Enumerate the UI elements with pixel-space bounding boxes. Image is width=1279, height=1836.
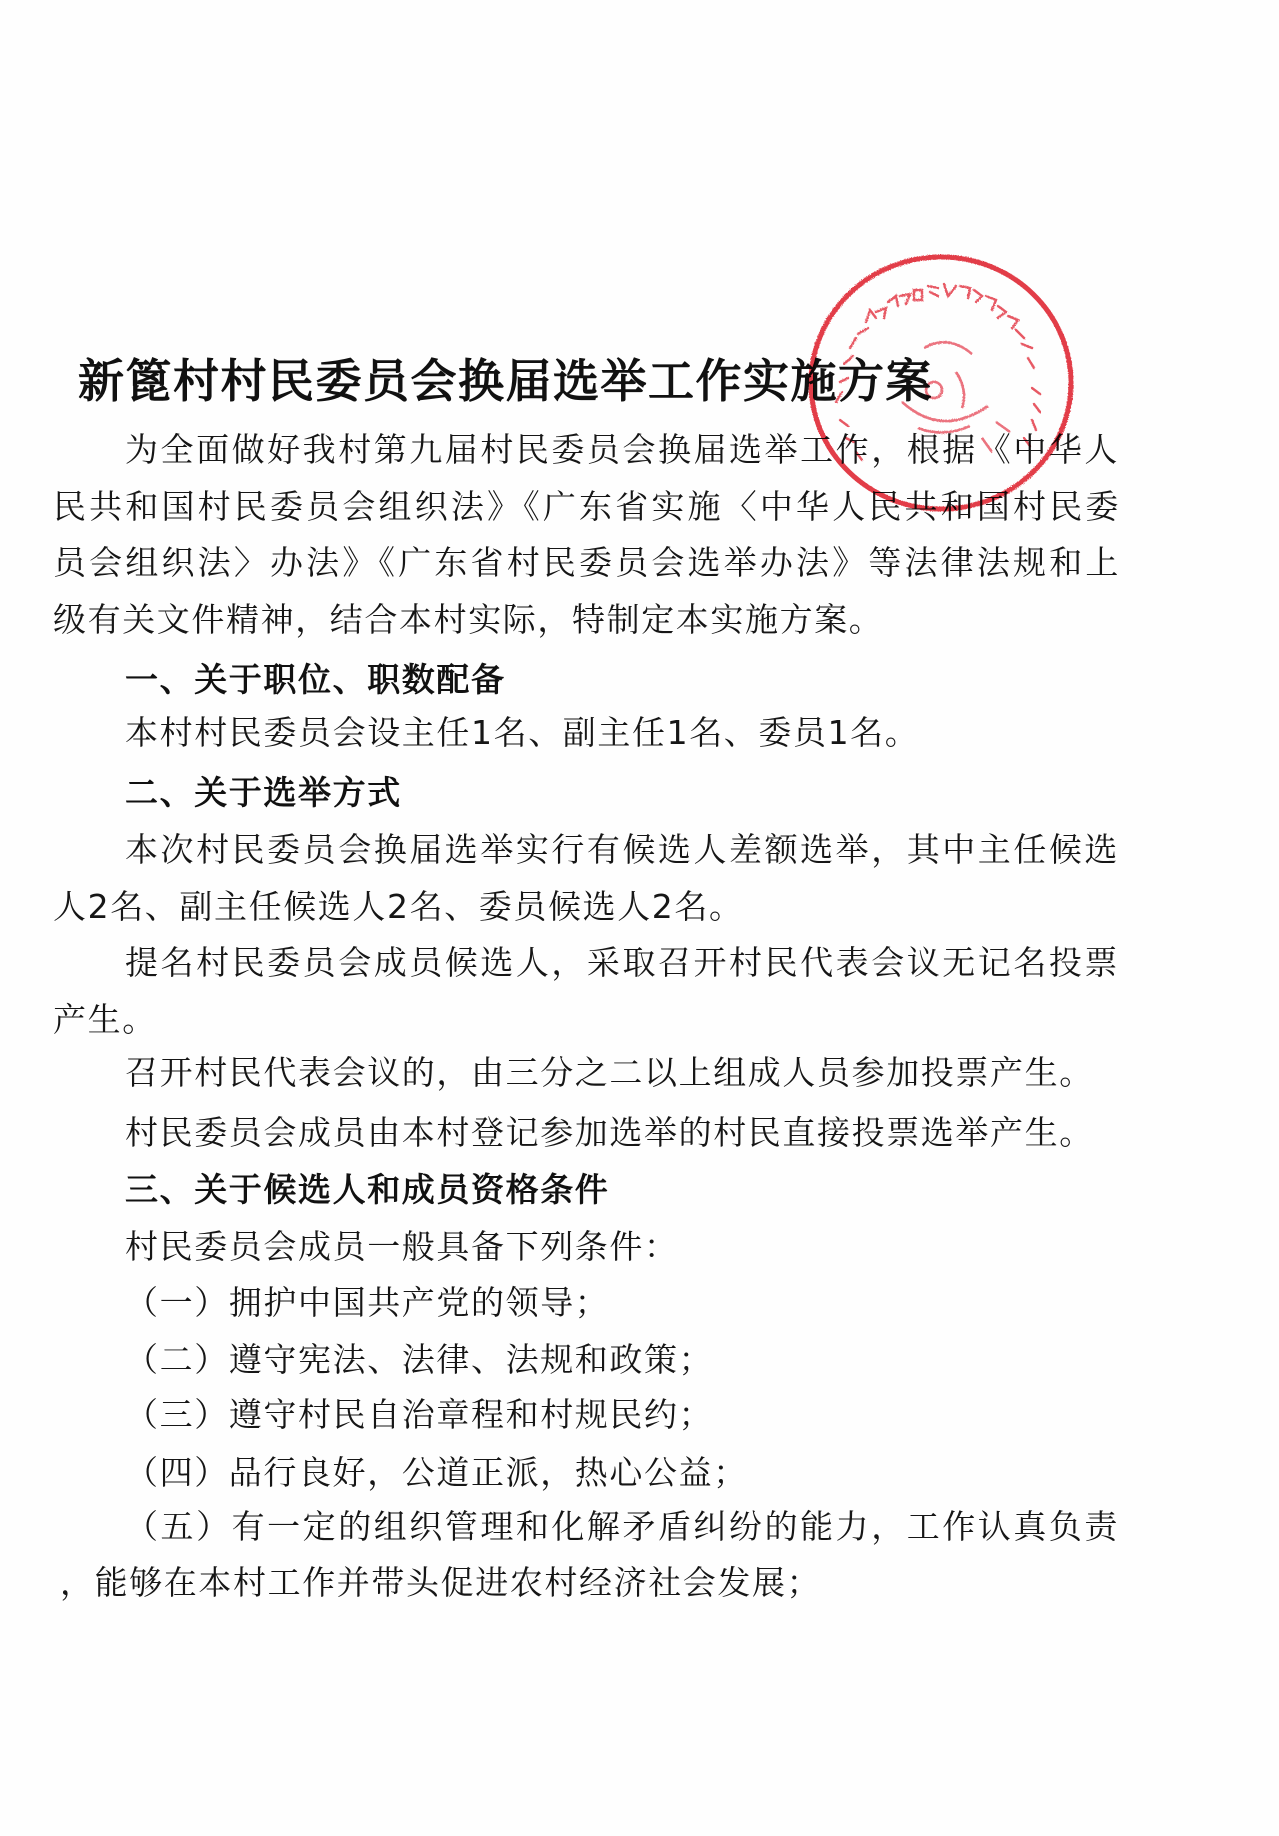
section2-line-3: 提名村民委员会成员候选人，采取召开村民代表会议无记名投票 (125, 942, 1119, 984)
document-title: 新篦村村民委员会换届选举工作实施方案 (78, 352, 1088, 410)
document-page: 新篦村村民委员会换届选举工作实施方案 为全面做好我村第九届村民委员会换届选举工作… (0, 0, 1279, 1836)
section3-line-1: 村民委员会成员一般具备下列条件： (125, 1226, 679, 1268)
intro-line-3: 员会组织法〉办法》《广东省村民委员会选举办法》等法律法规和上 (53, 542, 1120, 584)
section-heading-3: 三、关于候选人和成员资格条件 (125, 1169, 609, 1211)
section2-line-5: 召开村民代表会议的，由三分之二以上组成人员参加投票产生。 (125, 1052, 1094, 1094)
section2-line-6: 村民委员会成员由本村登记参加选举的村民直接投票选举产生。 (125, 1112, 1094, 1154)
condition-item-5: （五）有一定的组织管理和化解矛盾纠纷的能力，工作认真负责 (125, 1506, 1119, 1548)
condition-item-3: （三）遵守村民自治章程和村规民约； (125, 1394, 713, 1436)
condition-item-5-continued: ，能够在本村工作并带头促进农村经济社会发展； (60, 1562, 821, 1604)
section2-line-4: 产生。 (53, 999, 157, 1041)
section-heading-2: 二、关于选举方式 (125, 772, 402, 814)
section2-line-1: 本次村民委员会换届选举实行有候选人差额选举，其中主任候选 (125, 829, 1119, 871)
section-heading-1: 一、关于职位、职数配备 (125, 659, 506, 701)
condition-item-2: （二）遵守宪法、法律、法规和政策； (125, 1339, 713, 1381)
intro-line-1: 为全面做好我村第九届村民委员会换届选举工作，根据《中华人 (125, 429, 1119, 471)
intro-line-2: 民共和国村民委员会组织法》《广东省实施〈中华人民共和国村民委 (53, 486, 1120, 528)
condition-item-4: （四）品行良好，公道正派，热心公益； (125, 1452, 748, 1494)
condition-item-1: （一）拥护中国共产党的领导； (125, 1282, 609, 1324)
section2-line-2: 人2名、副主任候选人2名、委员候选人2名。 (53, 886, 744, 928)
intro-line-4: 级有关文件精神，结合本村实际，特制定本实施方案。 (53, 599, 883, 641)
section1-line-1: 本村村民委员会设主任1名、副主任1名、委员1名。 (125, 712, 919, 754)
